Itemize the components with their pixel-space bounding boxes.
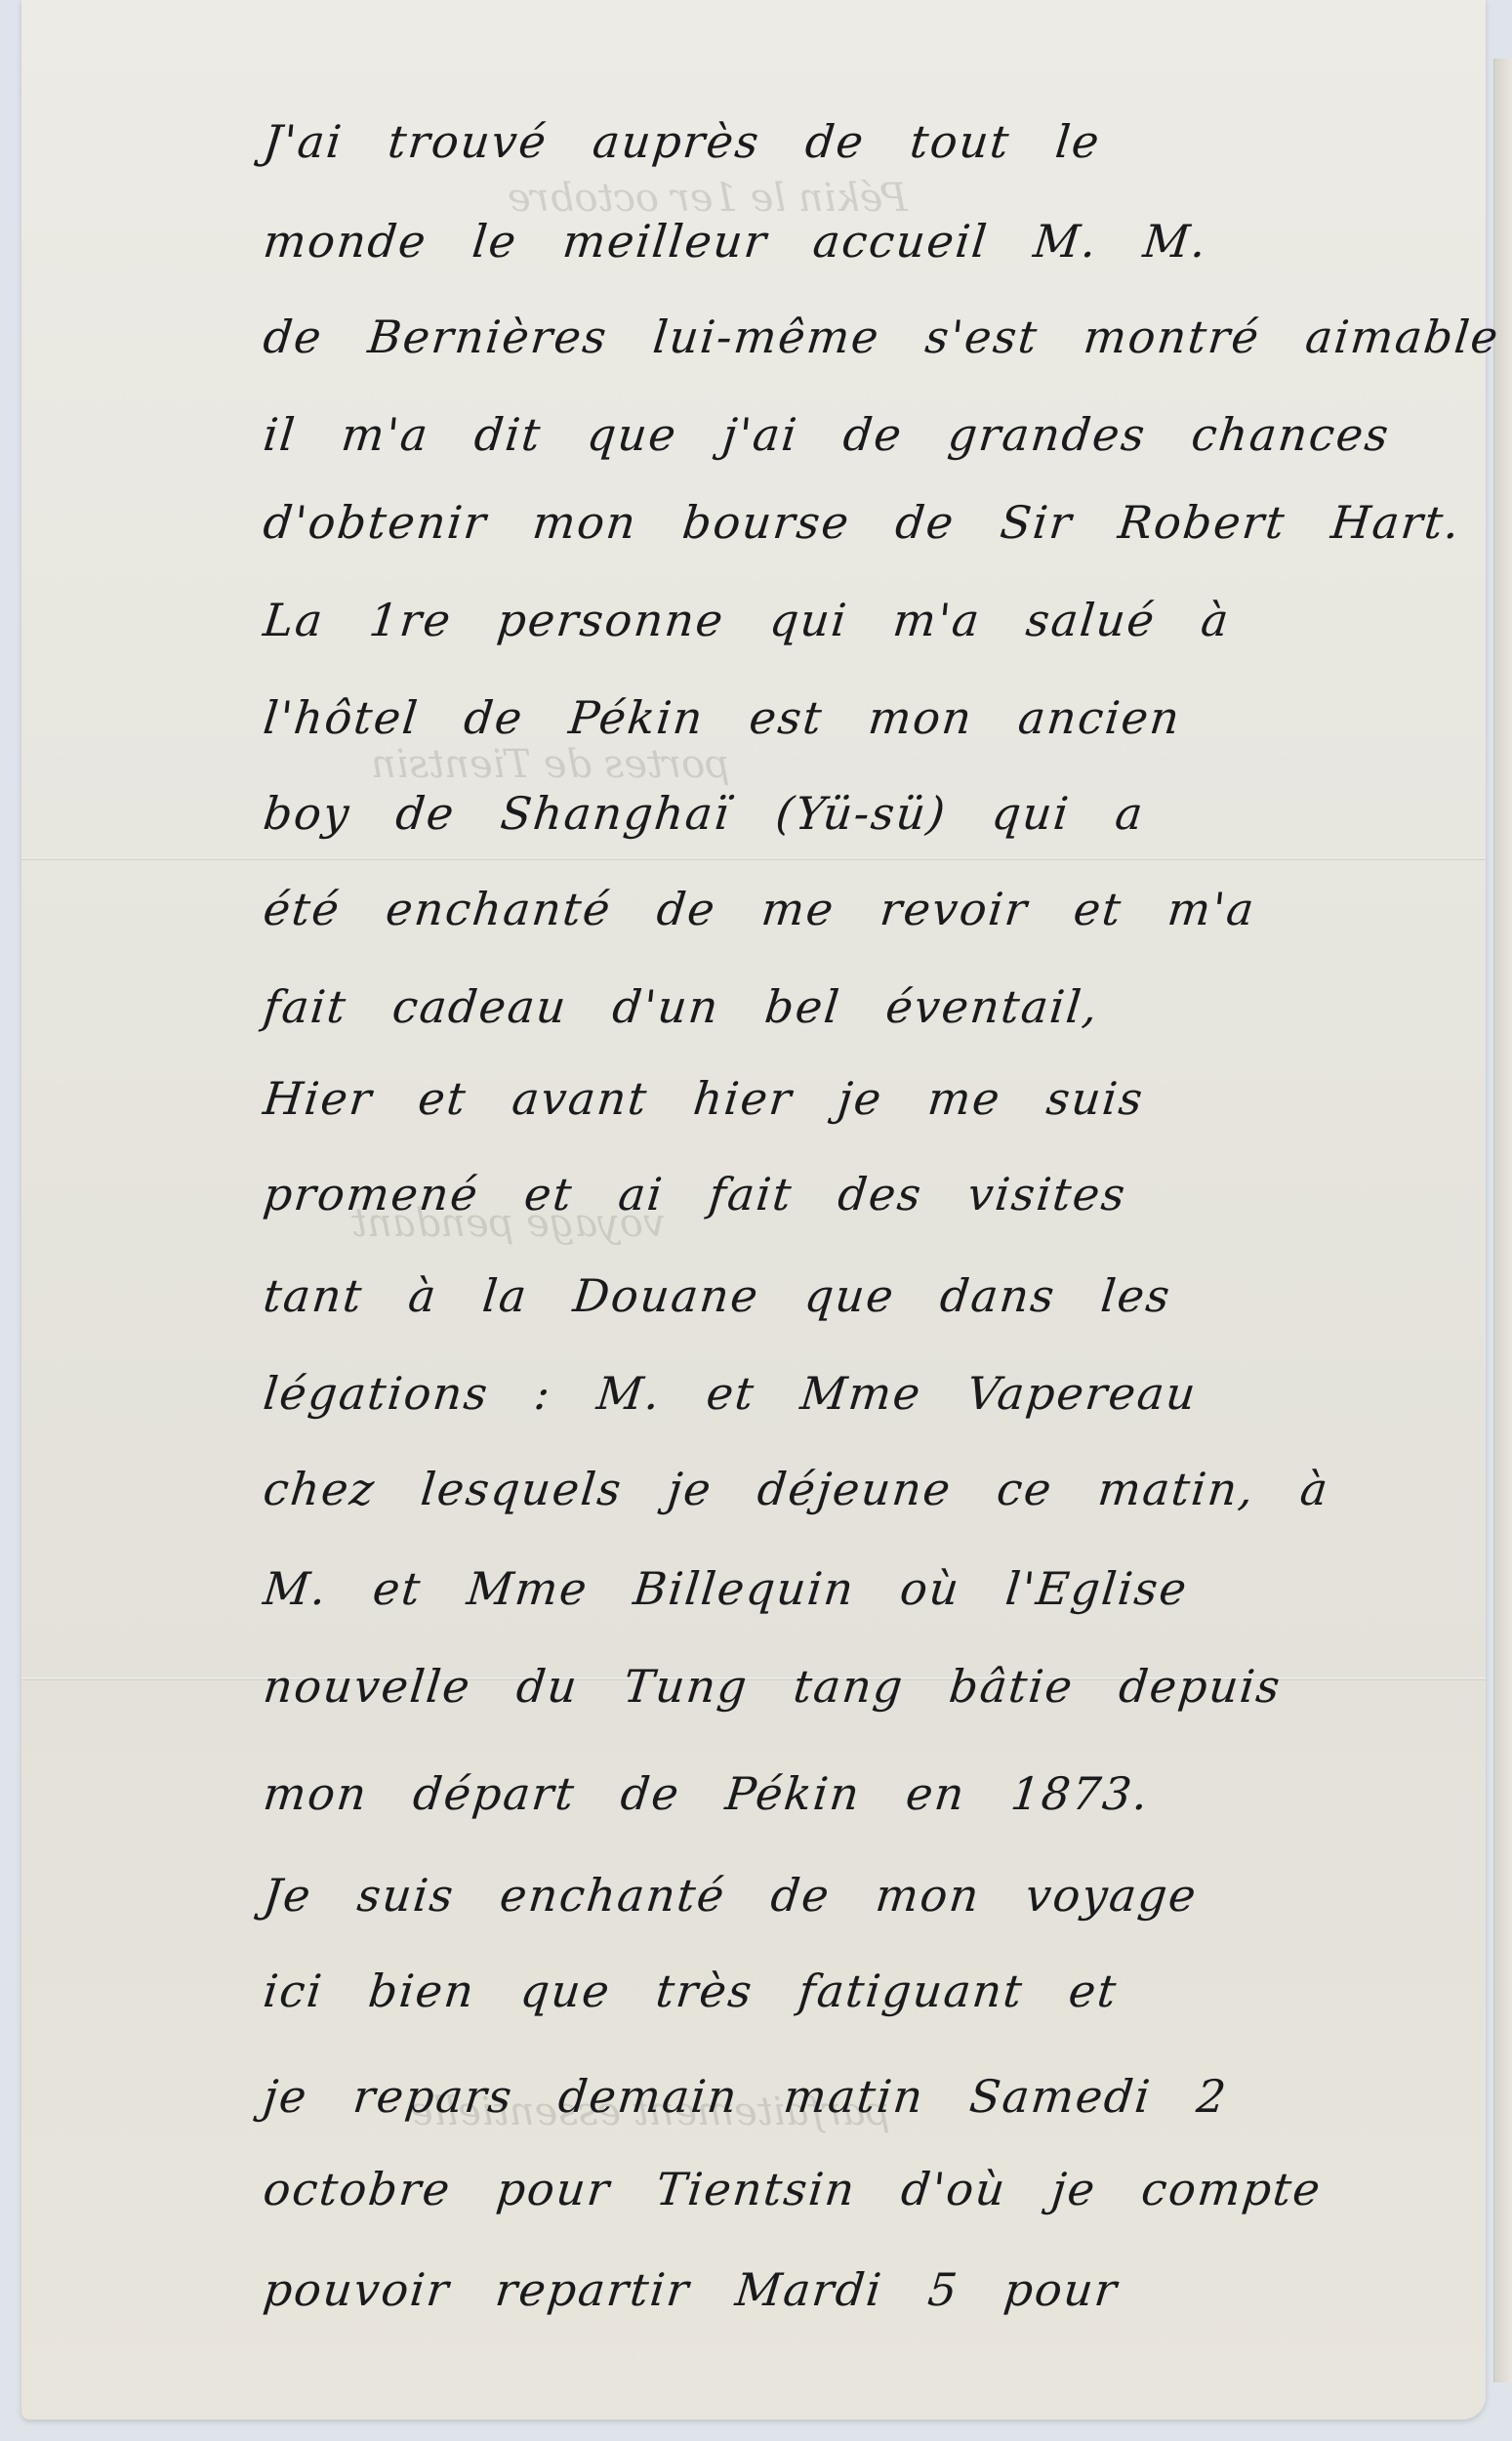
show-through-ink: portes de Tientsin xyxy=(371,742,730,787)
letter-line: tant à la Douane que dans les xyxy=(261,1269,1457,1322)
letter-line: monde le meilleur accueil M. M. xyxy=(261,215,1457,268)
letter-line: La 1re personne qui m'a salué à xyxy=(261,594,1457,646)
letter-line: Hier et avant hier je me suis xyxy=(261,1072,1457,1125)
letter-line: je repars demain matin Samedi 2 xyxy=(261,2070,1457,2123)
letter-line: été enchanté de me revoir et m'a xyxy=(261,883,1457,935)
handwritten-text: Pékin le 1er octobre portes de Tientsin … xyxy=(0,0,1512,2441)
letter-line: mon départ de Pékin en 1873. xyxy=(261,1767,1457,1820)
letter-line: J'ai trouvé auprès de tout le xyxy=(261,115,1457,168)
letter-line: promené et ai fait des visites xyxy=(261,1168,1457,1220)
letter-line: fait cadeau d'un bel éventail, xyxy=(261,980,1457,1033)
letter-line: M. et Mme Billequin où l'Eglise xyxy=(261,1562,1457,1615)
letter-line: de Bernières lui-même s'est montré aimab… xyxy=(261,310,1457,363)
letter-line: Je suis enchanté de mon voyage xyxy=(261,1869,1457,1922)
letter-line: nouvelle du Tung tang bâtie depuis xyxy=(261,1660,1457,1713)
letter-line: chez lesquels je déjeune ce matin, à xyxy=(261,1463,1457,1515)
letter-line: d'obtenir mon bourse de Sir Robert Hart. xyxy=(261,496,1457,549)
letter-line: ici bien que très fatiguant et xyxy=(261,1965,1457,2017)
letter-line: pouvoir repartir Mardi 5 pour xyxy=(261,2263,1457,2316)
letter-line: octobre pour Tientsin d'où je compte xyxy=(261,2163,1457,2215)
letter-line: légations : M. et Mme Vapereau xyxy=(261,1367,1457,1420)
letter-line: il m'a dit que j'ai de grandes chances xyxy=(261,408,1457,461)
letter-line: boy de Shanghaï (Yü-sü) qui a xyxy=(261,787,1457,840)
letter-line: l'hôtel de Pékin est mon ancien xyxy=(261,691,1457,744)
